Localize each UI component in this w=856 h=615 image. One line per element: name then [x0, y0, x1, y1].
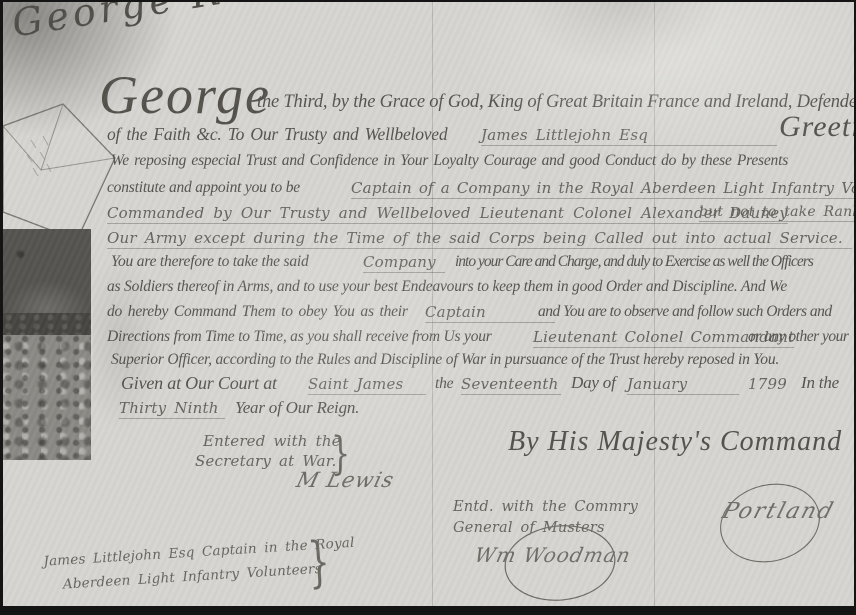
greeting-word: Greeting	[779, 110, 856, 144]
signature-woodman: Wm Woodman	[472, 543, 633, 567]
given-at-court-printed: Given at Our Court at	[121, 373, 277, 394]
body-commanded-handwritten: Commanded by Our Trusty and Wellbeloved …	[107, 204, 788, 224]
place-handwritten: Saint James	[308, 375, 426, 395]
docket-brace: }	[306, 530, 332, 595]
body-obey-printed: do hereby Command Them to obey You as th…	[107, 303, 408, 321]
body-appoint-handwritten: Captain of a Company in the Royal Aberde…	[351, 179, 856, 199]
body-trust-line: We reposing especial Trust and Confidenc…	[111, 152, 788, 170]
signature-secretary-at-war: M Lewis	[294, 468, 397, 492]
opening-word-george: George	[99, 64, 271, 126]
signature-portland: Portland	[719, 499, 837, 524]
stamp-band	[3, 313, 91, 335]
stamp-block-mottled	[3, 335, 91, 460]
opening-royal-title: the Third, by the Grace of God, King of …	[257, 92, 856, 113]
body-soldiers-printed: as Soldiers thereof in Arms, and to use …	[107, 278, 787, 296]
docket-note: James Littlejohn Esq Captain in the Roya…	[39, 536, 338, 554]
command-line: By His Majesty's Command	[508, 426, 842, 458]
royal-sign-manual: George R	[9, 0, 227, 45]
musters-entry-line1: Entd. with the Commry	[453, 499, 638, 515]
body-appoint-printed: constitute and appoint you to be	[107, 179, 300, 197]
body-rank2-handwritten: Captain	[425, 303, 555, 323]
body-superior-printed: Superior Officer, according to the Rules…	[111, 351, 779, 369]
body-army-handwritten: Our Army except during the Time of the s…	[107, 229, 852, 249]
paper-stain-top	[523, 0, 723, 72]
musters-entry-line2: General of Musters	[453, 520, 605, 536]
body-care-printed: into your Care and Charge, and duly to E…	[455, 253, 813, 271]
year-handwritten: 1799	[748, 375, 792, 393]
in-the-printed: In the	[801, 373, 839, 393]
commission-document-scan: George R George the Third, by the Grace …	[0, 0, 856, 615]
war-office-entry-line1: Entered with the	[203, 432, 341, 450]
body-orany-printed: or any other your	[748, 328, 848, 346]
reign-printed: Year of Our Reign.	[235, 398, 359, 418]
opening-faith-line: of the Faith &c. To Our Trusty and Wellb…	[107, 124, 447, 145]
grantee-name-handwritten: James Littlejohn Esq	[481, 126, 777, 146]
body-take-printed: You are therefore to take the said	[111, 253, 309, 271]
reign-year-handwritten: Thirty Ninth	[119, 399, 225, 419]
body-rank-handwritten: but not to take Rank in	[699, 204, 856, 222]
stamp-block-dark	[3, 229, 91, 313]
body-observe-printed: and You are to observe and follow such O…	[538, 303, 832, 321]
month-handwritten: January	[627, 375, 739, 395]
body-directions-printed: Directions from Time to Time, as you sha…	[107, 328, 492, 346]
revenue-stamp-impression	[3, 229, 91, 460]
body-unit-handwritten: Company	[363, 253, 445, 273]
the-printed: the	[435, 375, 453, 393]
day-of-printed: Day of	[571, 373, 616, 393]
day-handwritten: Seventeenth	[461, 375, 561, 395]
